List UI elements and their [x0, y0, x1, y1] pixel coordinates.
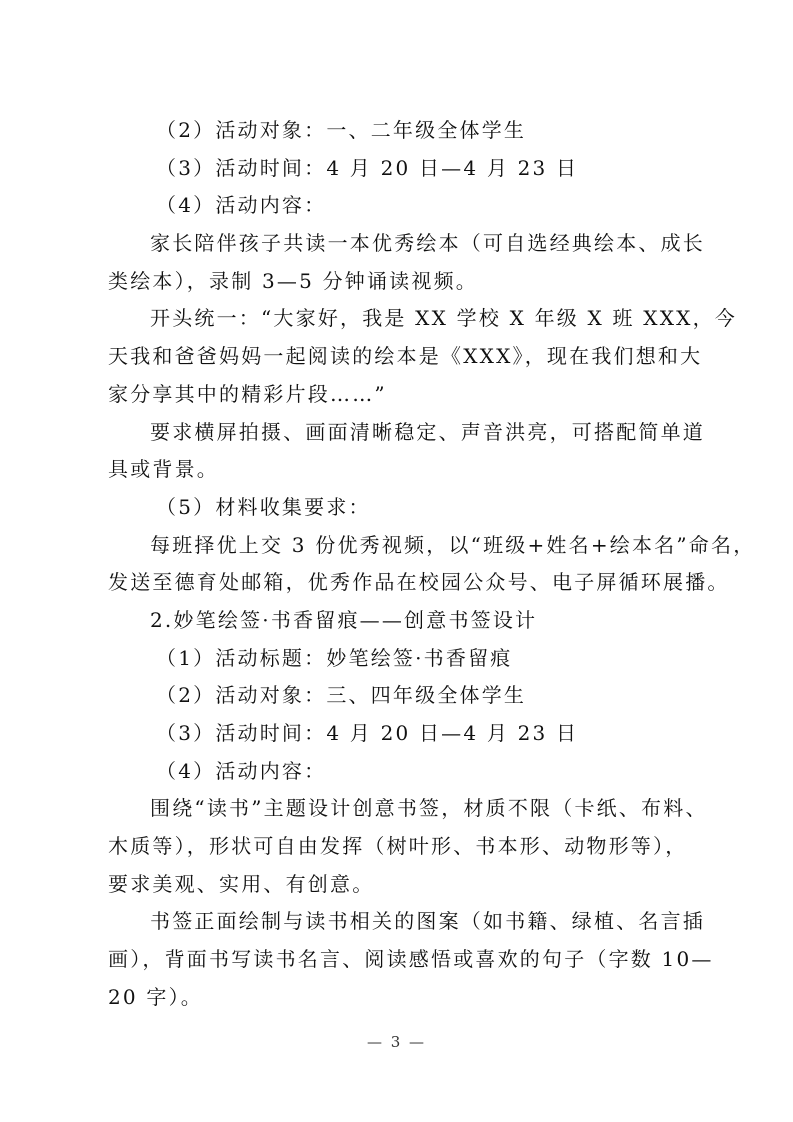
section-item-target: （2）活动对象：一、二年级全体学生 — [108, 112, 686, 150]
section-item-target: （2）活动对象：三、四年级全体学生 — [108, 677, 686, 715]
paragraph-line: 木质等），形状可自由发挥（树叶形、书本形、动物形等）， — [108, 828, 686, 866]
paragraph-line: 书签正面绘制与读书相关的图案（如书籍、绿植、名言插 — [108, 903, 686, 941]
section-item-time: （3）活动时间：4 月 20 日—4 月 23 日 — [108, 150, 686, 188]
paragraph-line: 每班择优上交 3 份优秀视频，以“班级+姓名+绘本名”命名， — [108, 527, 686, 565]
document-body: （2）活动对象：一、二年级全体学生 （3）活动时间：4 月 20 日—4 月 2… — [108, 112, 686, 1017]
paragraph-line: 画），背面书写读书名言、阅读感悟或喜欢的句子（字数 10— — [108, 941, 686, 979]
paragraph-line: 开头统一：“大家好，我是 XX 学校 X 年级 X 班 XXX，今 — [108, 300, 686, 338]
section-item-materials: （5）材料收集要求： — [108, 489, 686, 527]
paragraph-line: 家分享其中的精彩片段……” — [108, 376, 686, 414]
section-item-content: （4）活动内容： — [108, 753, 686, 791]
paragraph-line: 要求横屏拍摄、画面清晰稳定、声音洪亮，可搭配简单道 — [108, 414, 686, 452]
paragraph-line: 具或背景。 — [108, 451, 686, 489]
section-item-time: （3）活动时间：4 月 20 日—4 月 23 日 — [108, 715, 686, 753]
section-item-title: （1）活动标题：妙笔绘签·书香留痕 — [108, 640, 686, 678]
section-heading: 2.妙笔绘签·书香留痕——创意书签设计 — [108, 602, 686, 640]
paragraph-line: 天我和爸爸妈妈一起阅读的绘本是《XXX》，现在我们想和大 — [108, 338, 686, 376]
section-item-content: （4）活动内容： — [108, 187, 686, 225]
document-page: （2）活动对象：一、二年级全体学生 （3）活动时间：4 月 20 日—4 月 2… — [0, 0, 793, 1122]
paragraph-line: 家长陪伴孩子共读一本优秀绘本（可自选经典绘本、成长 — [108, 225, 686, 263]
paragraph-line: 类绘本），录制 3—5 分钟诵读视频。 — [108, 263, 686, 301]
paragraph-line: 要求美观、实用、有创意。 — [108, 866, 686, 904]
paragraph-line: 围绕“读书”主题设计创意书签，材质不限（卡纸、布料、 — [108, 790, 686, 828]
paragraph-line: 20 字）。 — [108, 979, 686, 1017]
paragraph-line: 发送至德育处邮箱，优秀作品在校园公众号、电子屏循环展播。 — [108, 564, 686, 602]
page-number: — 3 — — [0, 1033, 793, 1051]
